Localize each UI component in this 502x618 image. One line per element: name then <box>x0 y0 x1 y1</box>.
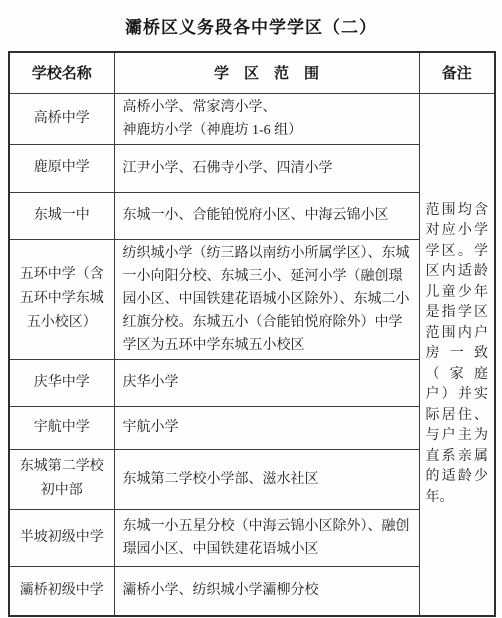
page-title: 灞桥区义务段各中学学区（二） <box>0 0 502 38</box>
district-range-cell: 江尹小学、石佛寺小学、四清小学 <box>114 144 419 192</box>
district-range-cell: 宇航小学 <box>114 406 419 449</box>
school-name-cell: 鹿原中学 <box>9 144 114 192</box>
header-note: 备注 <box>419 52 495 93</box>
table-header-row: 学校名称 学 区 范 围 备注 <box>9 52 495 93</box>
district-range-cell: 纺织城小学（纺三路以南纺小所属学区）、东城一小向阳分校、东城三小、延河小学（融创… <box>114 239 419 359</box>
table-row: 高桥中学 高桥小学、常家湾小学、 神鹿坊小学（神鹿坊 1-6 组） 范围均含对应… <box>9 93 495 144</box>
district-range-cell: 灞桥小学、纺织城小学灞柳分校 <box>114 566 419 616</box>
note-cell: 范围均含对应小学学区。学区内适龄儿童少年是指学区范围内户房一致（家庭户）并实际居… <box>419 93 495 616</box>
district-range-cell: 东城第二学校小学部、滋水社区 <box>114 449 419 509</box>
district-range-cell: 高桥小学、常家湾小学、 神鹿坊小学（神鹿坊 1-6 组） <box>114 93 419 144</box>
district-range-cell: 庆华小学 <box>114 359 419 406</box>
school-name-cell: 半坡初级中学 <box>9 509 114 566</box>
school-name-cell: 宇航中学 <box>9 406 114 449</box>
school-name-cell: 东城第二学校初中部 <box>9 449 114 509</box>
district-range-cell: 东城一小、合能铂悦府小区、中海云锦小区 <box>114 192 419 239</box>
school-name-cell: 庆华中学 <box>9 359 114 406</box>
district-range-cell: 东城一小五星分校（中海云锦小区除外）、融创璟园小区、中国铁建花语城小区 <box>114 509 419 566</box>
school-name-cell: 灞桥初级中学 <box>9 566 114 616</box>
header-district-range: 学 区 范 围 <box>114 52 419 93</box>
header-school-name: 学校名称 <box>9 52 114 93</box>
school-name-cell: 高桥中学 <box>9 93 114 144</box>
school-name-cell: 五环中学（含五环中学东城五小校区） <box>9 239 114 359</box>
school-name-cell: 东城一中 <box>9 192 114 239</box>
document-page: 灞桥区义务段各中学学区（二） 学校名称 学 区 范 围 备注 高桥中学 高桥小学… <box>0 0 502 618</box>
school-district-table: 学校名称 学 区 范 围 备注 高桥中学 高桥小学、常家湾小学、 神鹿坊小学（神… <box>8 51 496 617</box>
